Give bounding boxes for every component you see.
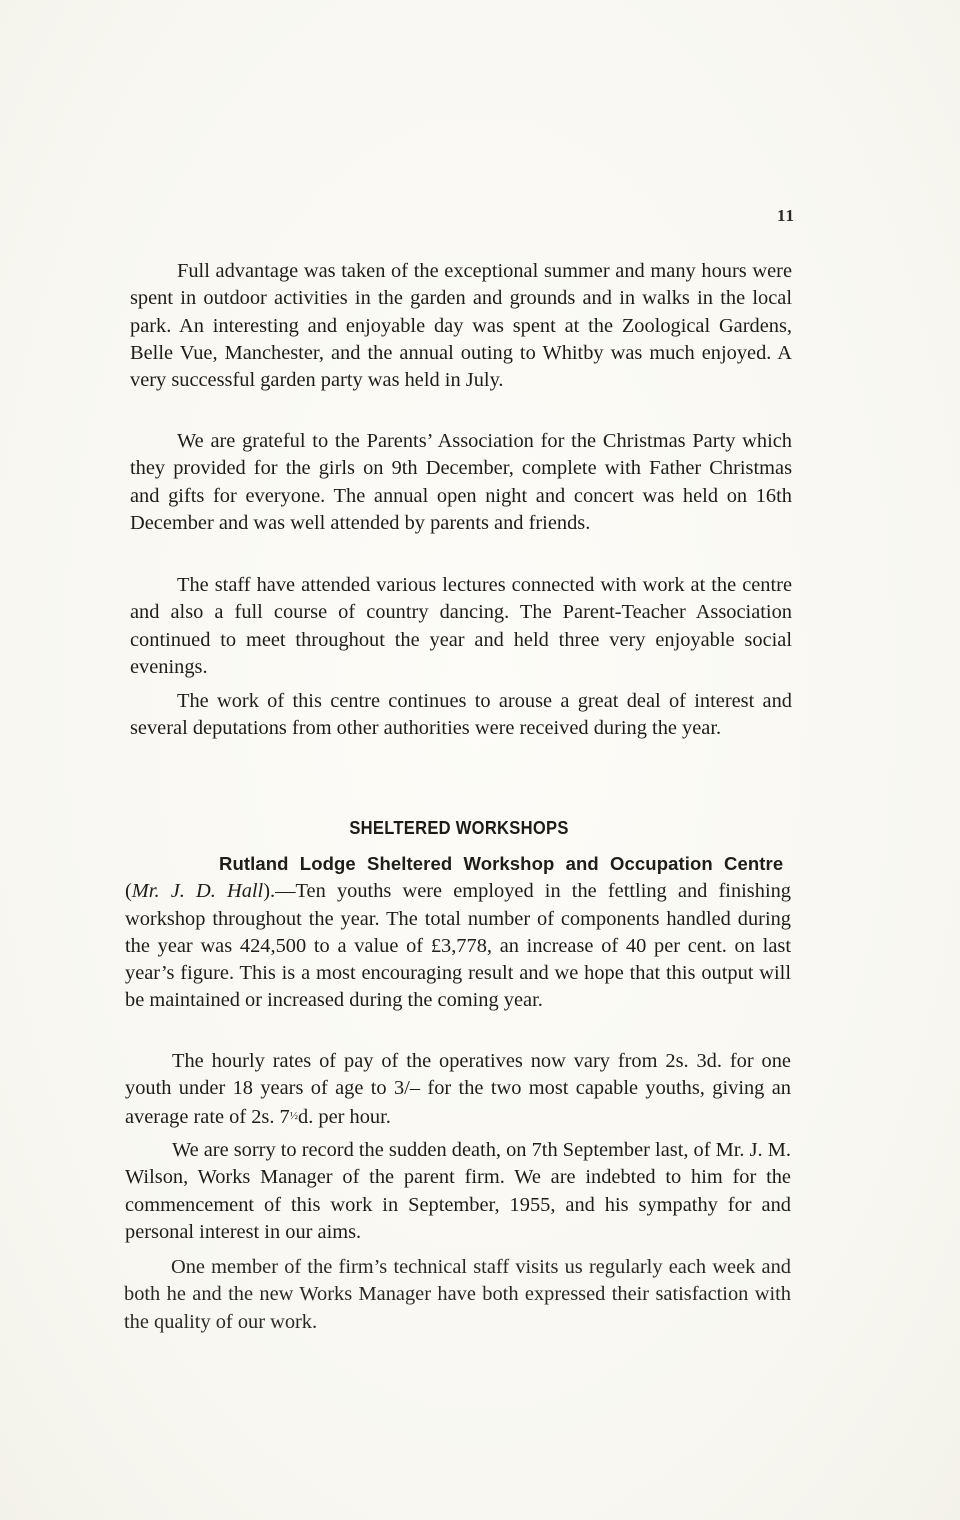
subheading-rutland-lodge: Rutland Lodge Sheltered Workshop and Occ… <box>172 850 783 877</box>
paragraph-deputations: The work of this centre continues to aro… <box>130 688 792 743</box>
paragraph-wilson-death: We are sorry to record the sudden death,… <box>125 1137 791 1246</box>
paragraph-staff-lectures: The staff have attended various lectures… <box>130 572 792 681</box>
paragraph-hourly-rates: The hourly rates of pay of the operative… <box>125 1048 791 1131</box>
page-number: 11 <box>777 206 795 226</box>
section-heading-sheltered-workshops: SHELTERED WORKSHOPS <box>37 818 882 839</box>
paragraph-technical-staff: One member of the firm’s technical staff… <box>124 1254 791 1336</box>
hourly-rates-end: d. per hour. <box>298 1106 391 1128</box>
attribution-open: ( <box>125 880 132 902</box>
rutland-lodge-heading-line: Rutland Lodge Sheltered Workshop and Occ… <box>125 850 791 878</box>
document-page: 11 Full advantage was taken of the excep… <box>0 0 960 1520</box>
half-fraction: ½ <box>290 1110 298 1122</box>
attribution-close: ).— <box>263 880 295 902</box>
attribution-name: Mr. J. D. Hall <box>132 880 263 902</box>
paragraph-outdoor-activities: Full advantage was taken of the exceptio… <box>130 258 792 394</box>
rutland-lodge-body: (Mr. J. D. Hall).—Ten youths were employ… <box>125 878 791 1014</box>
hourly-rates-text: The hourly rates of pay of the operative… <box>125 1050 791 1128</box>
paragraph-rutland-lodge: Rutland Lodge Sheltered Workshop and Occ… <box>125 850 791 1015</box>
paragraph-christmas-party: We are grateful to the Parents’ Associat… <box>130 428 792 537</box>
